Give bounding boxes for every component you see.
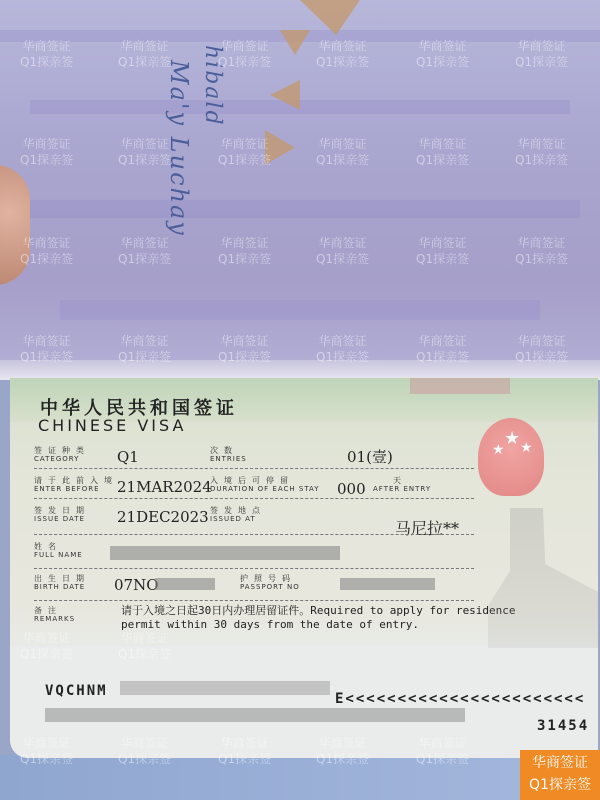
handwritten-signature: Ma'y Luchay [165, 60, 193, 237]
full-name-label: 姓名FULL NAME [34, 542, 83, 560]
page-pattern-band [20, 200, 580, 218]
mrz-line-2-end: 31454 [537, 718, 589, 734]
star-icon: ★ [520, 440, 533, 456]
duration-label: 入境后可停留DURATION OF EACH STAY [210, 476, 320, 494]
background [0, 755, 600, 800]
divider [34, 498, 474, 499]
passport-no-redacted [340, 578, 435, 590]
birth-date-value: 07NO [114, 576, 159, 594]
mrz-line-2-redacted [45, 708, 465, 722]
birth-date-label: 出生日期BIRTH DATE [34, 574, 90, 592]
issued-at-label: 签发地点ISSUED AT [210, 506, 266, 524]
category-value: Q1 [117, 448, 139, 466]
category-label: 签证种类CATEGORY [34, 446, 90, 464]
mrz-redacted [120, 681, 330, 695]
page-fold [0, 360, 600, 380]
enter-before-value: 21MAR2024 [117, 478, 212, 496]
issue-date-label: 签发日期ISSUE DATE [34, 506, 90, 524]
visa-title-en: CHINESE VISA [38, 416, 186, 435]
divider [34, 468, 474, 469]
upper-passport-page: Ma'y Luchay hibald [0, 0, 600, 372]
star-icon: ★ [492, 442, 505, 458]
passport-no-label: 护照号码PASSPORT NO [240, 574, 300, 592]
remarks-value: 请于入境之日起30日内办理居留证件。Required to apply for … [121, 604, 516, 632]
page-pattern-band [30, 100, 570, 114]
mrz-line-1-end: E<<<<<<<<<<<<<<<<<<<<<<< [335, 691, 585, 707]
thumb [0, 165, 30, 285]
enter-before-label: 请于此前入境ENTER BEFORE [34, 476, 118, 494]
divider [34, 534, 474, 535]
birth-date-redacted [155, 578, 215, 590]
divider [34, 568, 474, 569]
divider [34, 600, 474, 601]
remarks-label: 备注REMARKS [34, 606, 75, 624]
page-pattern-shape [265, 130, 295, 165]
national-emblem: ★ ★ ★ [478, 418, 544, 496]
issue-date-value: 21DEC2023 [117, 508, 209, 526]
great-wall-illustration [488, 508, 598, 648]
visa-sticker: 中华人民共和国签证 CHINESE VISA 签证种类CATEGORY Q1 次… [10, 378, 598, 758]
mrz-line-1-start: VQCHNM [45, 683, 108, 699]
duration-unit: 天AFTER ENTRY [373, 476, 431, 494]
star-icon: ★ [504, 428, 520, 449]
page-pattern-shape [280, 30, 310, 55]
brand-badge: 华商签证 Q1探亲签 [520, 750, 600, 800]
duration-value: 000 [337, 480, 366, 498]
handwritten-signature-2: hibald [200, 45, 225, 127]
issued-at-value: 马尼拉** [395, 516, 459, 539]
entries-value: 01(壹) [347, 446, 393, 467]
entries-label: 次数ENTRIES [210, 446, 247, 464]
visa-number-redacted [410, 378, 510, 394]
page-pattern-band [60, 300, 540, 320]
full-name-redacted [110, 546, 340, 560]
